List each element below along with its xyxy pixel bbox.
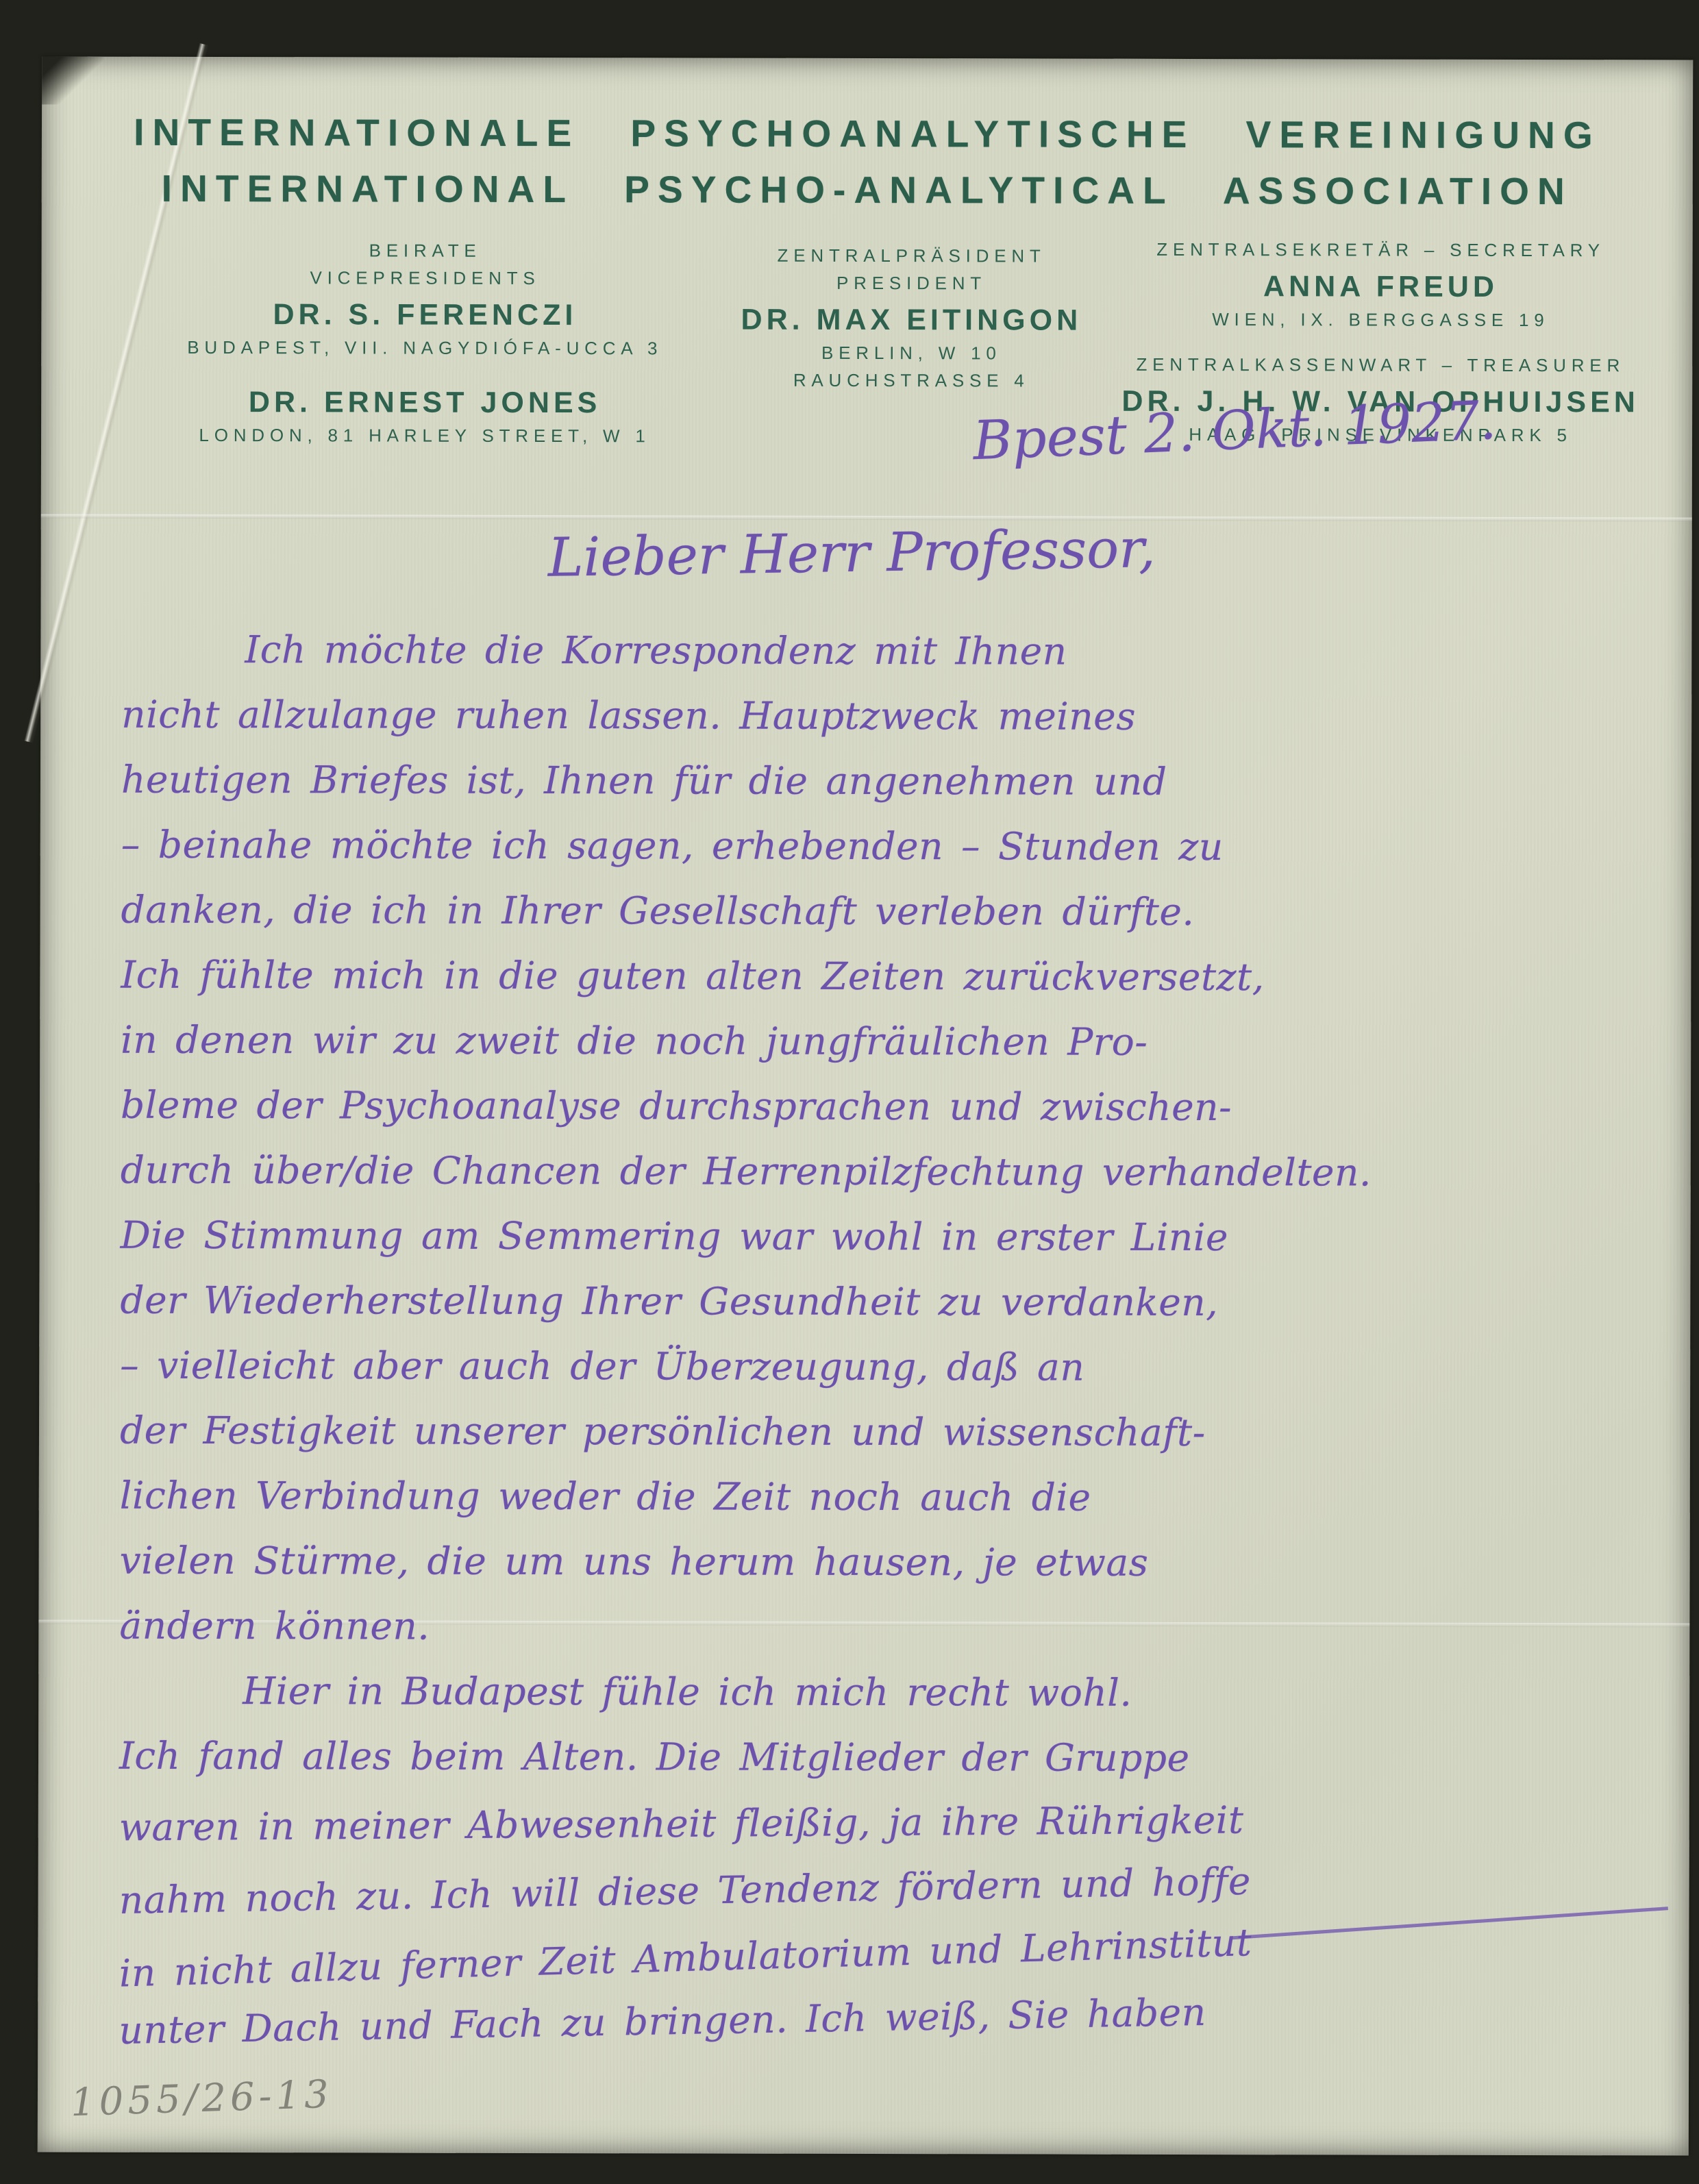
scanned-letter-page: { "letterhead": { "title_de": "INTERNATI… [0, 0, 1699, 2184]
paper-crease-horizontal-top [41, 514, 1692, 521]
spacer [144, 361, 706, 380]
handwritten-line: Ich fand alles beim Alten. Die Mitgliede… [119, 1724, 1641, 1792]
handwritten-line: in denen wir zu zweit die noch jungfräul… [121, 1008, 1643, 1076]
officer-address: RAUCHSTRASSE 4 [719, 367, 1103, 395]
handwritten-line: lichen Verbindung weder die Zeit noch au… [120, 1463, 1642, 1532]
spacer [1110, 333, 1651, 352]
handwritten-letter-body: Ich möchte die Korrespondenz mit Ihnen n… [119, 617, 1644, 2052]
handwritten-line: heutigen Briefes ist, Ihnen für die ange… [121, 747, 1644, 816]
handwritten-line: Hier in Budapest fühle ich mich recht wo… [119, 1659, 1641, 1727]
role-label: VICEPRESIDENTS [144, 264, 706, 293]
officer-address: BUDAPEST, VII. NAGYDIÓFA-UCCA 3 [144, 334, 706, 362]
handwritten-line: – beinahe möchte ich sagen, erhebenden –… [121, 812, 1644, 881]
officer-address: LONDON, 81 HARLEY STREET, W 1 [144, 421, 706, 450]
role-label: BEIRATE [145, 236, 706, 265]
role-label: ZENTRALKASSENWART – TREASURER [1110, 351, 1651, 380]
handwritten-line: der Festigkeit unserer persönlichen und … [120, 1398, 1642, 1467]
officer-address: WIEN, IX. BERGGASSE 19 [1110, 306, 1651, 334]
handwritten-line: Die Stimmung am Semmering war wohl in er… [121, 1203, 1643, 1271]
officer-name: ANNA FREUD [1110, 267, 1651, 307]
letterhead-title-english: INTERNATIONAL PSYCHO-ANALYTICAL ASSOCIAT… [42, 166, 1693, 213]
handwritten-line: – vielleicht aber auch der Überzeugung, … [120, 1333, 1642, 1402]
handwritten-line: durch über/die Chancen der Herrenpilzfec… [121, 1138, 1643, 1206]
handwritten-dateline: Bpest 2. Okt. 1927. [972, 390, 1498, 472]
letterhead-column-president: ZENTRALPRÄSIDENT PRESIDENT DR. MAX EITIN… [719, 242, 1103, 395]
archive-number-pencil-note: 1055/26-13 [70, 2072, 334, 2126]
handwritten-line: bleme der Psychoanalyse durchsprachen un… [121, 1073, 1643, 1141]
handwritten-line: vielen Stürme, die um uns herum hausen, … [120, 1528, 1642, 1597]
handwritten-line: der Wiederherstellung Ihrer Gesundheit z… [120, 1268, 1642, 1337]
officer-name: DR. ERNEST JONES [144, 383, 706, 423]
handwritten-line: nicht allzulange ruhen lassen. Hauptzwec… [121, 682, 1644, 751]
handwritten-line: ändern können. [119, 1593, 1641, 1662]
officer-name: DR. MAX EITINGON [719, 301, 1103, 340]
handwritten-line: Ich möchte die Korrespondenz mit Ihnen [121, 617, 1644, 686]
letterhead-column-vicepresidents: BEIRATE VICEPRESIDENTS DR. S. FERENCZI B… [144, 236, 706, 450]
handwritten-line: danken, die ich in Ihrer Gesellschaft ve… [121, 878, 1643, 946]
letter-paper-sheet: INTERNATIONALE PSYCHOANALYTISCHE VEREINI… [38, 56, 1693, 2155]
handwritten-salutation: Lieber Herr Professor, [547, 518, 1156, 589]
officer-name: DR. S. FERENCZI [144, 295, 706, 335]
role-label: PRESIDENT [719, 269, 1103, 297]
letterhead-title-german: INTERNATIONALE PSYCHOANALYTISCHE VEREINI… [42, 110, 1693, 157]
scan-corner-shadow [42, 56, 103, 104]
role-label: ZENTRALSEKRETÄR – SECRETARY [1111, 236, 1652, 264]
officer-address: BERLIN, W 10 [719, 339, 1103, 367]
role-label: ZENTRALPRÄSIDENT [720, 242, 1104, 270]
handwritten-line: Ich fühlte mich in die guten alten Zeite… [121, 943, 1643, 1011]
